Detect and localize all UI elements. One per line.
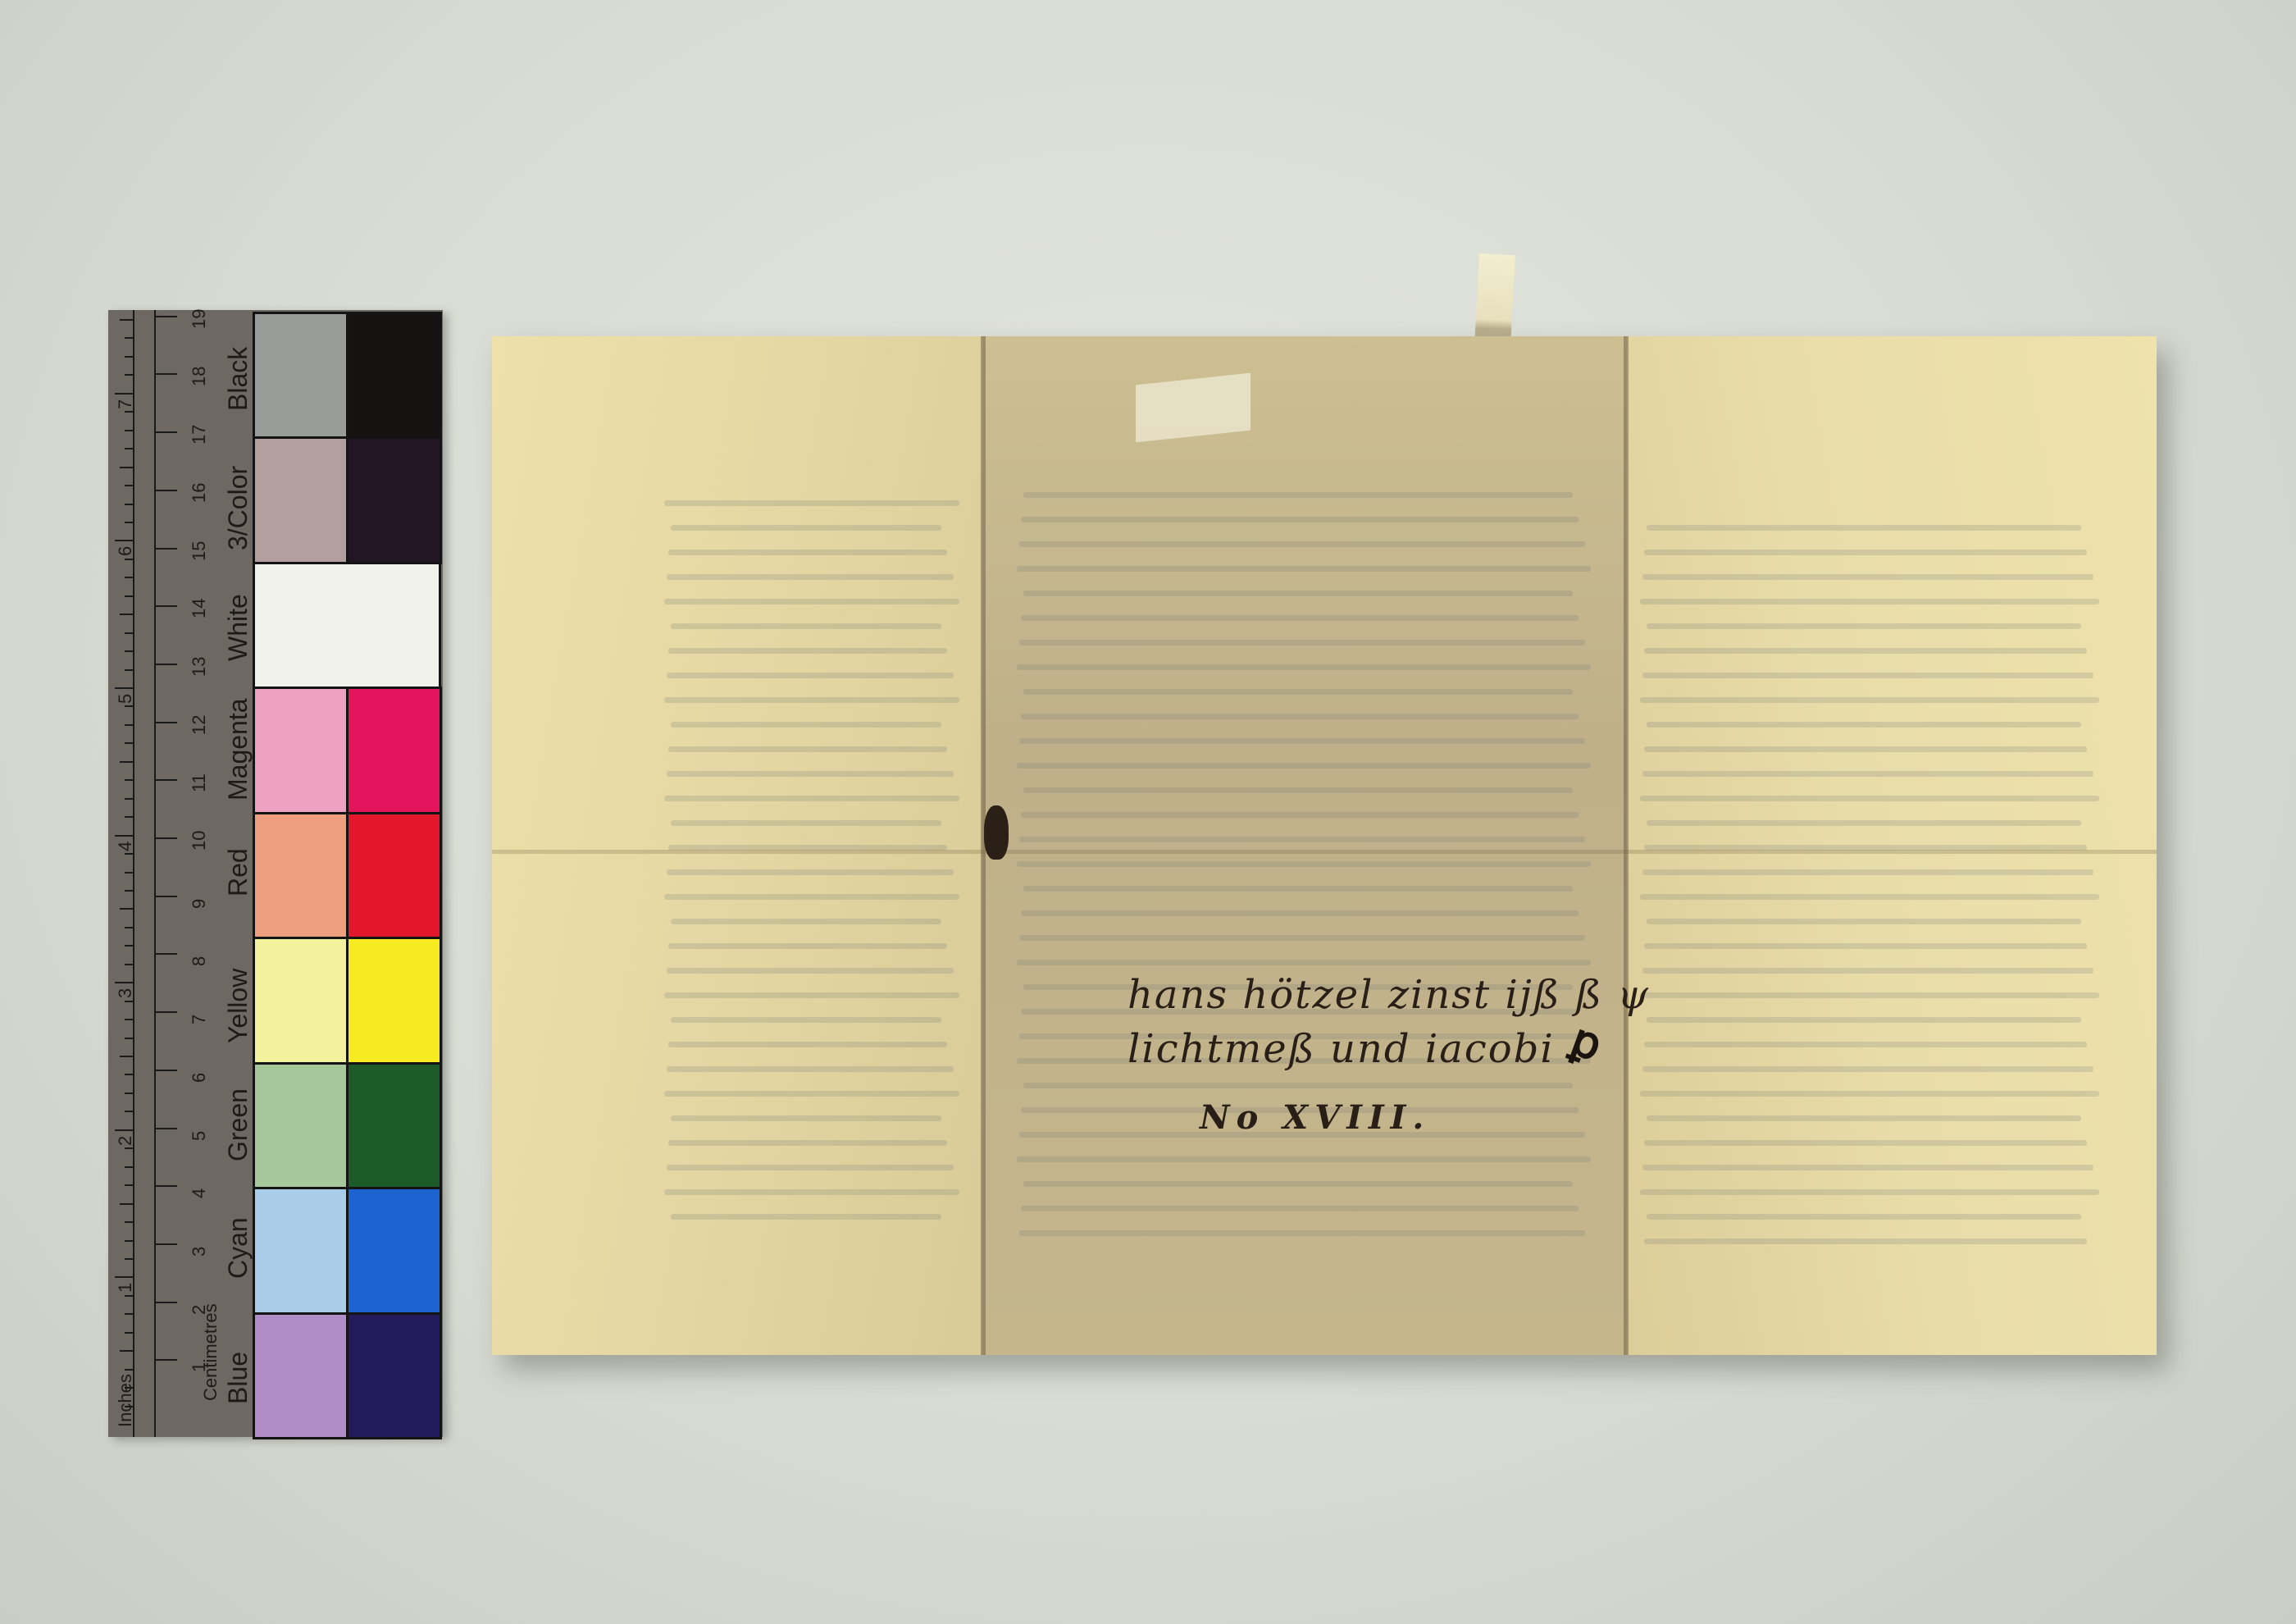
- inch-tick: [125, 448, 134, 449]
- inch-tick: [125, 1093, 134, 1094]
- inch-tick: [125, 1369, 134, 1371]
- centimetres-label: Centimetres: [200, 1303, 221, 1401]
- inch-tick: [125, 1332, 134, 1334]
- inch-tick: [125, 595, 134, 597]
- inch-tick: [125, 632, 134, 634]
- show-through-line: [1019, 1230, 1585, 1236]
- inch-tick: [125, 872, 134, 874]
- show-through-line: [1021, 714, 1578, 719]
- show-through-line: [1642, 1165, 2093, 1170]
- inch-tick: [125, 577, 134, 578]
- show-through-line: [671, 820, 941, 826]
- show-through-line: [667, 869, 954, 875]
- show-through-line: [1642, 968, 2093, 974]
- inch-tick: [115, 687, 134, 689]
- swatch-green-dark: [346, 1062, 442, 1190]
- cm-tick-label: 10: [189, 831, 210, 851]
- show-through-line: [664, 697, 959, 703]
- show-through-line: [1023, 886, 1573, 892]
- show-through-line: [1644, 1140, 2087, 1146]
- inch-tick: [125, 430, 134, 431]
- inch-tick: [120, 1056, 134, 1057]
- show-through-line: [1644, 943, 2087, 949]
- show-through-line: [667, 673, 954, 678]
- show-through-line: [1647, 525, 2081, 531]
- show-through-line: [1647, 1214, 2081, 1220]
- cm-tick: [154, 1128, 177, 1129]
- cm-tick: [154, 1302, 177, 1303]
- inch-tick: [125, 1019, 134, 1020]
- cm-tick: [154, 896, 177, 897]
- show-through-line: [1019, 640, 1585, 645]
- inch-tick: [125, 1240, 134, 1242]
- show-through-line: [668, 943, 947, 949]
- cm-tick-label: 18: [189, 367, 210, 386]
- cm-tick: [154, 605, 177, 607]
- swatch-label-white: White: [223, 594, 253, 661]
- swatch-black-light: [253, 312, 348, 440]
- swatch-label-cyan: Cyan: [223, 1218, 253, 1280]
- swatch-label-yellow: Yellow: [223, 969, 253, 1043]
- inch-tick: [125, 1001, 134, 1002]
- show-through-line: [1019, 541, 1585, 547]
- show-through-line: [1642, 1066, 2093, 1072]
- show-through-line: [1023, 1181, 1573, 1187]
- cm-tick-label: 6: [189, 1073, 210, 1083]
- inch-tick: [125, 1038, 134, 1039]
- swatch-cyan-light: [253, 1187, 348, 1315]
- inch-tick: [125, 522, 134, 523]
- cm-tick: [154, 722, 177, 723]
- inch-tick: [125, 816, 134, 818]
- show-through-line: [671, 722, 941, 728]
- inches-label: Inches: [115, 1374, 136, 1427]
- inch-tick: [115, 982, 134, 983]
- inch-tick-label: 3: [115, 988, 136, 998]
- inch-tick: [125, 669, 134, 671]
- inch-tick: [125, 724, 134, 726]
- show-through-line: [1640, 992, 2099, 998]
- show-through-line: [1642, 673, 2093, 678]
- cm-tick-label: 3: [189, 1247, 210, 1257]
- cm-tick-label: 8: [189, 956, 210, 966]
- show-through-line: [664, 894, 959, 900]
- inch-tick: [125, 1313, 134, 1315]
- cm-tick: [154, 1359, 177, 1361]
- inch-tick-label: 7: [115, 399, 136, 409]
- cm-tick: [154, 837, 177, 839]
- middle-panel: [982, 336, 1627, 1355]
- cm-tick: [154, 316, 177, 317]
- inch-tick: [125, 945, 134, 947]
- inch-tick: [125, 504, 134, 505]
- show-through-line: [664, 500, 959, 506]
- show-through-line: [1644, 845, 2087, 851]
- swatch-3-color-light: [253, 436, 348, 564]
- inch-tick: [125, 559, 134, 560]
- show-through-line: [1017, 1156, 1591, 1162]
- swatch-magenta-light: [253, 687, 348, 814]
- show-through-line: [1644, 550, 2087, 555]
- swatch-blue-dark: [346, 1312, 442, 1440]
- swatch-red-light: [253, 812, 348, 940]
- cm-tick-label: 11: [189, 773, 210, 792]
- swatch-label-blue: Blue: [223, 1352, 253, 1404]
- inch-tick: [120, 1203, 134, 1205]
- cm-scale-line: [154, 310, 156, 1437]
- inch-tick-label: 1: [115, 1283, 136, 1293]
- show-through-line: [668, 746, 947, 752]
- cm-tick: [154, 548, 177, 550]
- swatch-label-black: Black: [223, 347, 253, 411]
- swatch-magenta-dark: [346, 687, 442, 814]
- inch-tick: [125, 964, 134, 965]
- inch-tick-label: 6: [115, 546, 136, 556]
- cm-tick-label: 15: [189, 541, 210, 560]
- show-through-line: [1647, 623, 2081, 629]
- show-through-line: [671, 623, 941, 629]
- swatch-red-dark: [346, 812, 442, 940]
- inch-tick: [115, 1129, 134, 1131]
- inch-tick: [125, 705, 134, 707]
- show-through-line: [671, 1017, 941, 1023]
- show-through-line: [671, 919, 941, 924]
- show-through-line: [1642, 869, 2093, 875]
- show-through-line: [667, 574, 954, 580]
- show-through-line: [1021, 1206, 1578, 1211]
- inch-tick: [125, 337, 134, 339]
- show-through-line: [668, 1140, 947, 1146]
- parchment-slit-strip: [1136, 373, 1250, 443]
- cm-tick: [154, 1185, 177, 1187]
- seal-hole: [984, 805, 1009, 860]
- swatch-3-color-dark: [346, 436, 442, 564]
- show-through-line: [1019, 935, 1585, 941]
- show-through-line: [667, 771, 954, 777]
- show-through-line: [1017, 566, 1591, 572]
- cm-tick-label: 17: [189, 425, 210, 445]
- show-through-line: [668, 1042, 947, 1047]
- inch-tick: [120, 467, 134, 468]
- show-through-line: [1647, 1017, 2081, 1023]
- show-through-line: [668, 550, 947, 555]
- inch-tick: [120, 319, 134, 321]
- inch-tick: [125, 927, 134, 928]
- inch-tick: [120, 614, 134, 615]
- show-through-line: [664, 599, 959, 604]
- show-through-line: [1021, 517, 1578, 522]
- inch-tick: [125, 374, 134, 376]
- show-through-line: [1023, 689, 1573, 695]
- cm-tick-label: 9: [189, 898, 210, 908]
- cm-tick-label: 12: [189, 714, 210, 734]
- swatch-white: [253, 562, 441, 690]
- inch-tick: [115, 835, 134, 837]
- show-through-line: [1019, 837, 1585, 842]
- inch-tick: [125, 485, 134, 486]
- show-through-line: [1642, 574, 2093, 580]
- cm-tick-label: 7: [189, 1015, 210, 1024]
- inch-tick: [120, 761, 134, 763]
- swatch-green-light: [253, 1062, 348, 1190]
- swatch-label-green: Green: [223, 1088, 253, 1161]
- show-through-line: [1640, 1091, 2099, 1097]
- cm-tick: [154, 664, 177, 665]
- inch-tick-label: 5: [115, 694, 136, 704]
- show-through-line: [1017, 960, 1591, 965]
- inch-tick: [125, 779, 134, 781]
- show-through-line: [671, 525, 941, 531]
- inch-tick: [125, 1166, 134, 1168]
- show-through-line: [1640, 894, 2099, 900]
- show-through-line: [664, 1091, 959, 1097]
- inch-tick: [120, 1350, 134, 1352]
- show-through-line: [1647, 722, 2081, 728]
- show-through-line: [664, 992, 959, 998]
- show-through-line: [1644, 1239, 2087, 1244]
- swatch-label-red: Red: [223, 848, 253, 896]
- inch-tick: [125, 1295, 134, 1297]
- inch-tick: [125, 411, 134, 413]
- inch-tick: [125, 1147, 134, 1149]
- cm-tick: [154, 373, 177, 375]
- inch-scale-line: [133, 310, 134, 1437]
- show-through-line: [1647, 1115, 2081, 1121]
- cm-tick-label: 19: [189, 308, 210, 328]
- inch-tick: [125, 650, 134, 652]
- inch-tick-label: 2: [115, 1136, 136, 1146]
- show-through-line: [1017, 664, 1591, 670]
- cm-tick-label: 5: [189, 1130, 210, 1140]
- cm-tick: [154, 779, 177, 781]
- show-through-line: [667, 968, 954, 974]
- show-through-line: [1023, 591, 1573, 596]
- inch-tick: [125, 1111, 134, 1112]
- cm-tick: [154, 1243, 177, 1245]
- show-through-line: [1023, 787, 1573, 793]
- show-through-line: [1644, 1042, 2087, 1047]
- show-through-line: [1642, 771, 2093, 777]
- inch-tick: [125, 890, 134, 892]
- cm-tick-label: 16: [189, 482, 210, 502]
- show-through-line: [1644, 746, 2087, 752]
- show-through-line: [1640, 599, 2099, 604]
- inch-tick: [125, 798, 134, 800]
- cm-tick: [154, 1070, 177, 1071]
- inch-tick-label: 4: [115, 841, 136, 851]
- swatch-blue-light: [253, 1312, 348, 1440]
- swatch-cyan-dark: [346, 1187, 442, 1315]
- show-through-line: [1021, 812, 1578, 818]
- inch-tick: [125, 1221, 134, 1223]
- show-through-line: [668, 648, 947, 654]
- cm-tick: [154, 1011, 177, 1013]
- inch-tick: [125, 853, 134, 855]
- show-through-line: [671, 1115, 941, 1121]
- cm-tick: [154, 953, 177, 955]
- cm-tick-label: 14: [189, 599, 210, 618]
- show-through-line: [1647, 919, 2081, 924]
- inch-tick: [120, 908, 134, 910]
- show-through-line: [664, 1189, 959, 1195]
- swatch-label-magenta: Magenta: [223, 699, 253, 801]
- cm-tick: [154, 431, 177, 433]
- endorsement-line-1: hans hötzel zinst ijß ß ψ: [1127, 968, 1650, 1022]
- swatch-label-3-color: 3/Color: [223, 466, 253, 550]
- show-through-line: [1023, 492, 1573, 498]
- inch-tick: [125, 1184, 134, 1186]
- fold-line-right: [1624, 336, 1629, 1355]
- inch-tick: [125, 1074, 134, 1075]
- show-through-line: [1644, 648, 2087, 654]
- show-through-line: [1640, 1189, 2099, 1195]
- show-through-line: [1019, 738, 1585, 744]
- parchment-document: [492, 336, 2157, 1355]
- show-through-line: [1017, 763, 1591, 769]
- inch-tick: [115, 393, 134, 395]
- inch-tick: [125, 742, 134, 744]
- swatch-yellow-dark: [346, 937, 442, 1065]
- colour-chart: 123456789101112131415161718191234567 Inc…: [108, 310, 443, 1437]
- inch-tick: [115, 1276, 134, 1278]
- show-through-line: [668, 845, 947, 851]
- show-through-line: [667, 1165, 954, 1170]
- show-through-line: [1017, 861, 1591, 867]
- show-through-line: [671, 1214, 941, 1220]
- endorsement-number: No XVIII.: [1200, 1091, 1650, 1145]
- cm-tick: [154, 490, 177, 491]
- show-through-line: [1647, 820, 2081, 826]
- cm-tick-label: 13: [189, 656, 210, 676]
- cm-tick-label: 4: [189, 1188, 210, 1198]
- inch-tick: [125, 1258, 134, 1260]
- show-through-line: [1021, 615, 1578, 621]
- show-through-line: [1640, 796, 2099, 801]
- show-through-line: [1640, 697, 2099, 703]
- show-through-line: [1021, 910, 1578, 916]
- show-through-line: [667, 1066, 954, 1072]
- swatch-yellow-light: [253, 937, 348, 1065]
- swatch-black-dark: [346, 312, 442, 440]
- show-through-line: [664, 796, 959, 801]
- inch-tick: [115, 540, 134, 541]
- inch-tick: [125, 356, 134, 358]
